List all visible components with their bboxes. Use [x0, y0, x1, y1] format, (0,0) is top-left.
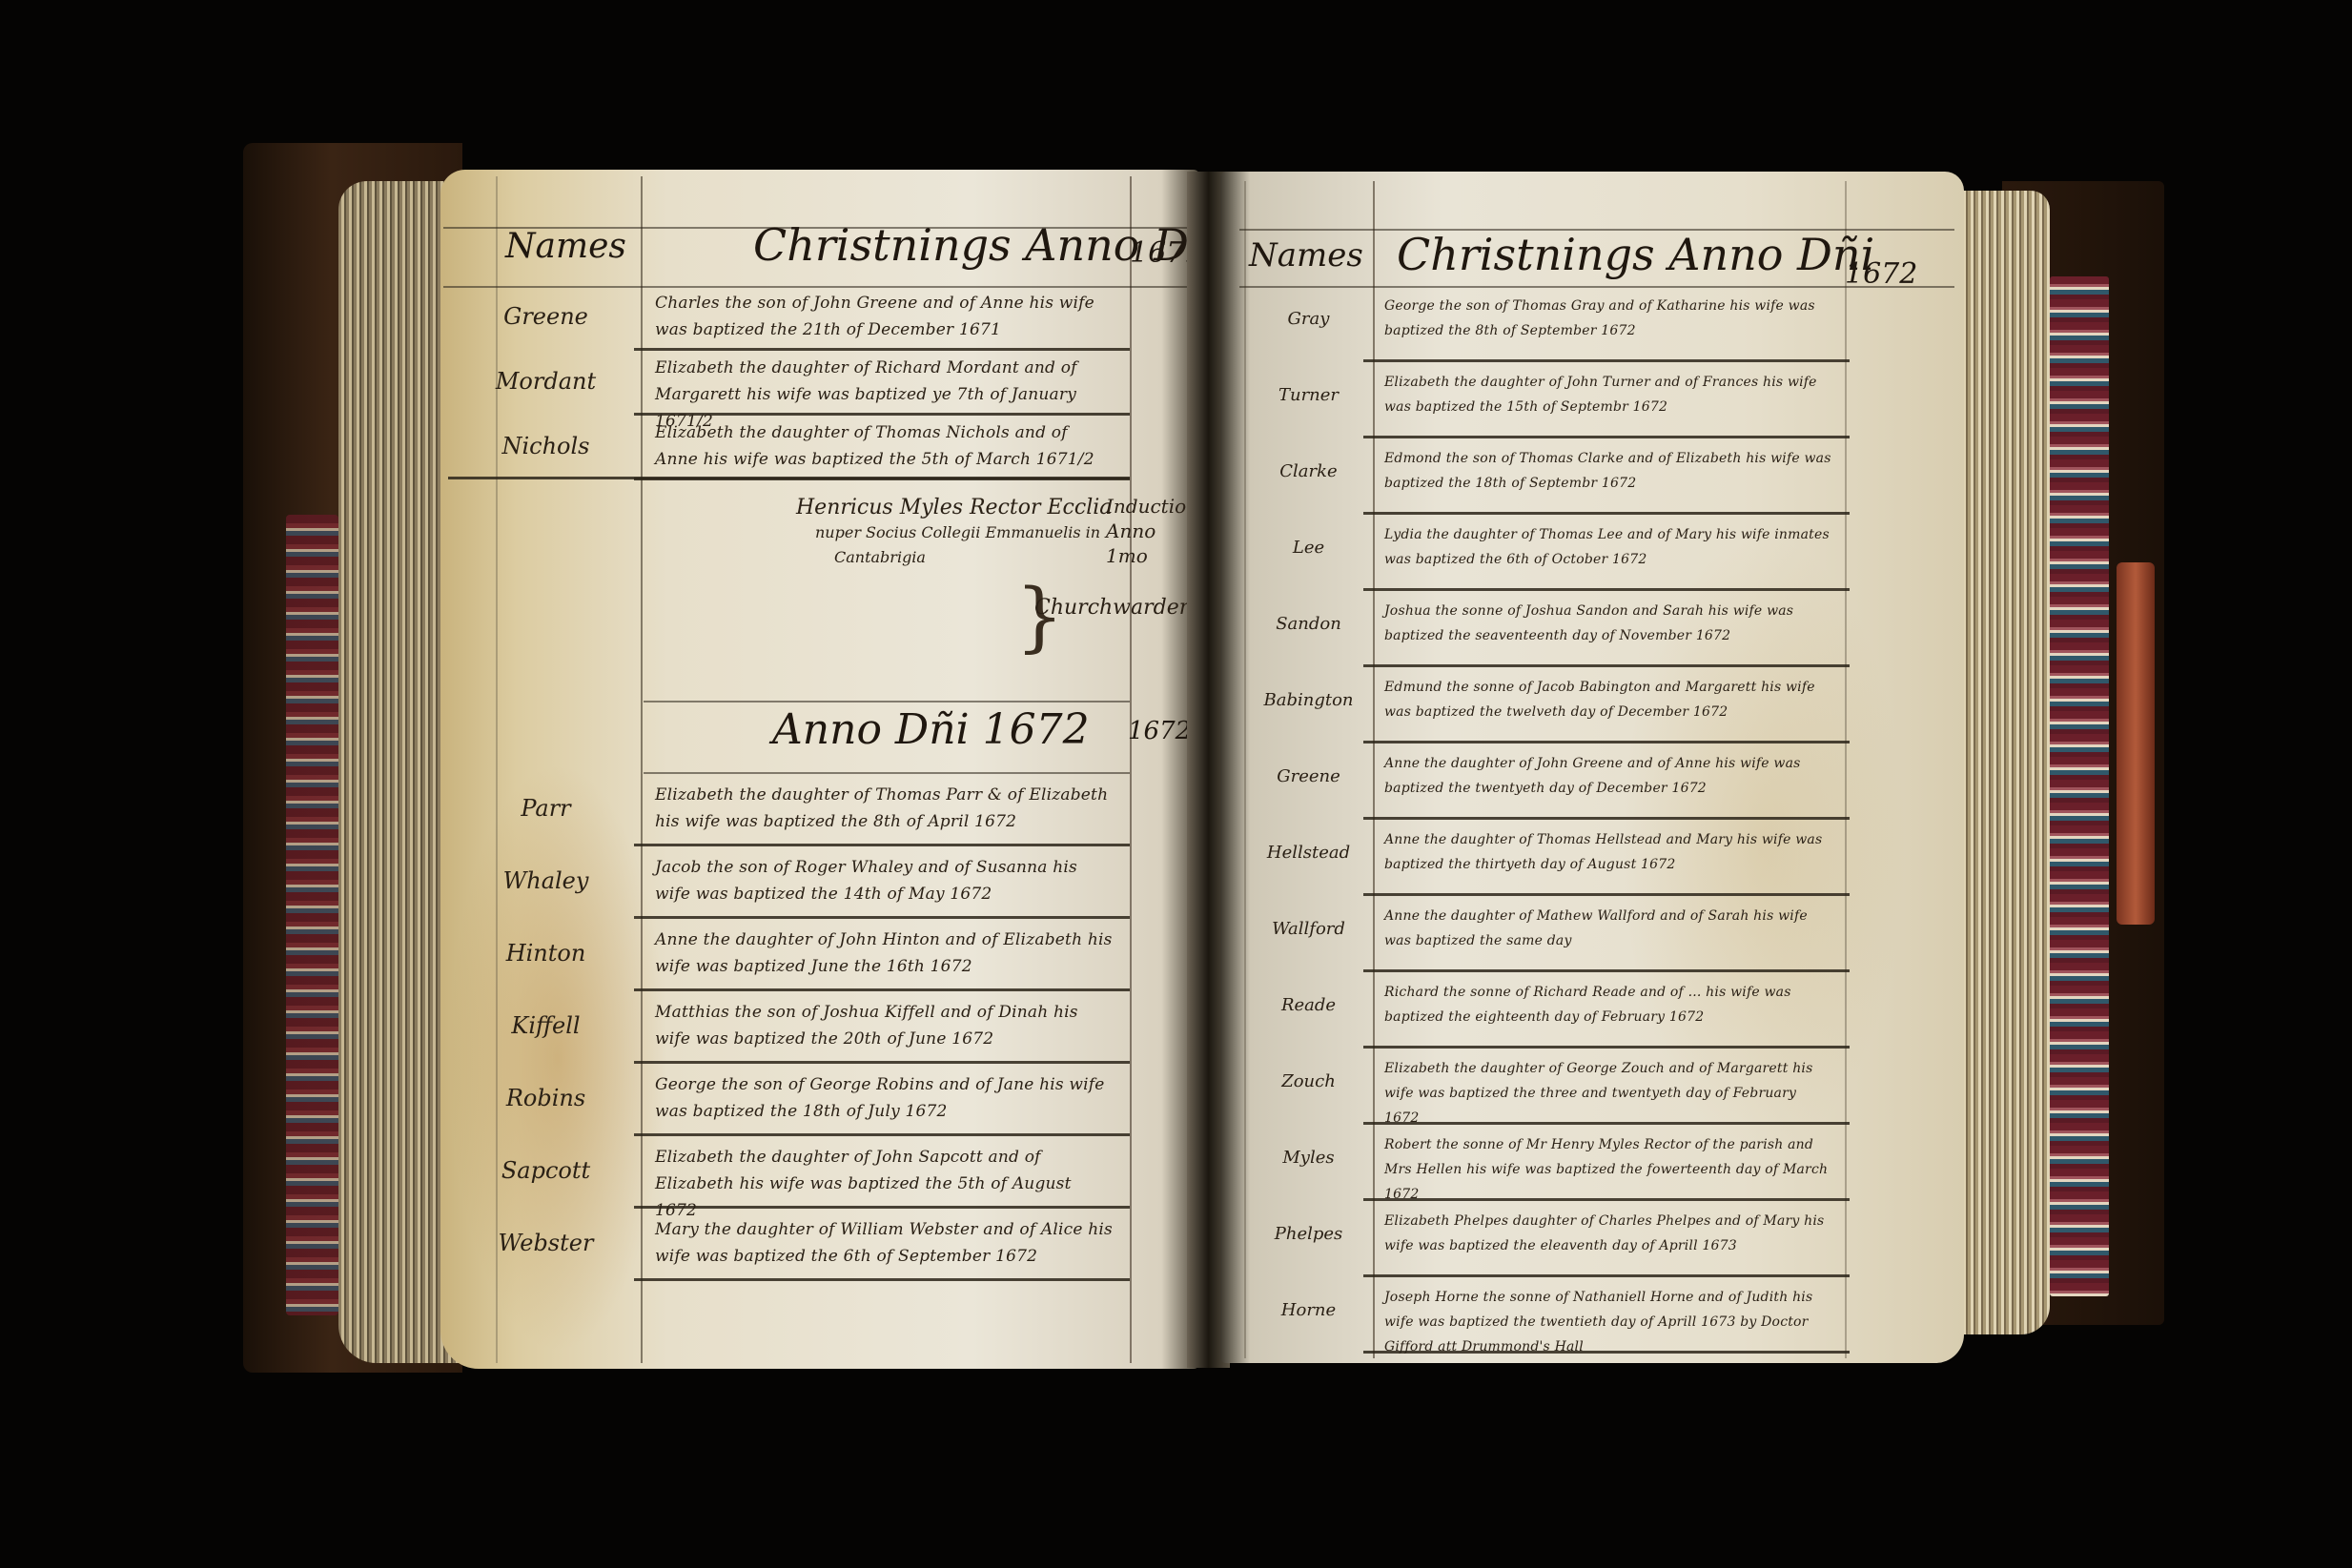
- entry-text: Robert the sonne of Mr Henry Myles Recto…: [1384, 1132, 1832, 1207]
- section-title-1672: Anno Dñi 1672: [772, 705, 1090, 754]
- entry-surname: Sandon: [1244, 614, 1373, 634]
- register-entry: LeeLydia the daughter of Thomas Lee and …: [1244, 515, 1850, 591]
- entry-text: Elizabeth Phelpes daughter of Charles Ph…: [1384, 1209, 1832, 1258]
- entry-surname: Webster: [448, 1230, 644, 1256]
- entry-text: Matthias the son of Joshua Kiffell and o…: [655, 999, 1113, 1052]
- entry-text: Jacob the son of Roger Whaley and of Sus…: [655, 854, 1113, 907]
- register-entry: GreeneAnne the daughter of John Greene a…: [1244, 743, 1850, 820]
- churchwardens-label: Churchwardens: [1034, 596, 1203, 620]
- entry-text: Richard the sonne of Richard Reade and o…: [1384, 980, 1832, 1029]
- entry-text: Elizabeth the daughter of Thomas Parr & …: [655, 782, 1113, 835]
- entry-surname: Lee: [1244, 538, 1373, 558]
- register-entry: HellsteadAnne the daughter of Thomas Hel…: [1244, 820, 1850, 896]
- register-entry: MordantElizabeth the daughter of Richard…: [448, 351, 1130, 416]
- register-entry: NicholsElizabeth the daughter of Thomas …: [448, 416, 1130, 480]
- entry-text: Anne the daughter of Thomas Hellstead an…: [1384, 827, 1832, 877]
- register-entry: HorneJoseph Horne the sonne of Nathaniel…: [1244, 1277, 1850, 1354]
- register-entry: GreeneCharles the son of John Greene and…: [448, 286, 1130, 351]
- entry-text: Lydia the daughter of Thomas Lee and of …: [1384, 522, 1832, 572]
- entry-surname: Greene: [1244, 766, 1373, 786]
- entry-text: George the son of Thomas Gray and of Kat…: [1384, 294, 1832, 343]
- entry-text: Edmond the son of Thomas Clarke and of E…: [1384, 446, 1832, 496]
- register-entry: TurnerElizabeth the daughter of John Tur…: [1244, 362, 1850, 438]
- entry-surname: Reade: [1244, 995, 1373, 1015]
- entry-surname: Hinton: [448, 940, 644, 967]
- marbled-endpaper-left: [286, 515, 338, 1315]
- entry-text: Anne the daughter of John Greene and of …: [1384, 751, 1832, 801]
- entry-text: Anne the daughter of John Hinton and of …: [655, 927, 1113, 980]
- entry-surname: Sapcott: [448, 1157, 644, 1184]
- register-entry: BabingtonEdmund the sonne of Jacob Babin…: [1244, 667, 1850, 743]
- induction-line-2: nuper Socius Collegii Emmanuelis in: [796, 520, 1130, 545]
- register-entry: RobinsGeorge the son of George Robins an…: [448, 1064, 1130, 1136]
- register-entry: WallfordAnne the daughter of Mathew Wall…: [1244, 896, 1850, 972]
- entry-surname: Robins: [448, 1085, 644, 1111]
- induction-line-1: Henricus Myles Rector Ecclia: [796, 496, 1130, 520]
- register-entry: SandonJoshua the sonne of Joshua Sandon …: [1244, 591, 1850, 667]
- names-header-left: Names: [505, 227, 626, 266]
- entry-text: Elizabeth the daughter of Thomas Nichols…: [655, 419, 1113, 473]
- entry-surname: Myles: [1244, 1148, 1373, 1168]
- register-entry: GrayGeorge the son of Thomas Gray and of…: [1244, 286, 1850, 362]
- entry-text: Edmund the sonne of Jacob Babington and …: [1384, 675, 1832, 724]
- entry-text: Elizabeth the daughter of George Zouch a…: [1384, 1056, 1832, 1130]
- register-entry: HintonAnne the daughter of John Hinton a…: [448, 919, 1130, 991]
- row-rule: [448, 477, 1130, 479]
- register-entry: SapcottElizabeth the daughter of John Sa…: [448, 1136, 1130, 1209]
- row-rule: [1363, 1351, 1850, 1354]
- column-rule: [1130, 176, 1132, 1363]
- section-margin-year: 1672: [1128, 717, 1191, 745]
- entry-surname: Phelpes: [1244, 1224, 1373, 1244]
- entry-surname: Zouch: [1244, 1071, 1373, 1091]
- entry-text: Joseph Horne the sonne of Nathaniell Hor…: [1384, 1285, 1832, 1359]
- entry-text: Joshua the sonne of Joshua Sandon and Sa…: [1384, 599, 1832, 648]
- entry-surname: Greene: [448, 303, 644, 330]
- register-entry: KiffellMatthias the son of Joshua Kiffel…: [448, 991, 1130, 1064]
- entry-surname: Whaley: [448, 867, 644, 894]
- names-header-right: Names: [1249, 236, 1363, 275]
- entry-text: Elizabeth the daughter of John Turner an…: [1384, 370, 1832, 419]
- register-entry: ZouchElizabeth the daughter of George Zo…: [1244, 1049, 1850, 1125]
- row-rule: [644, 701, 1130, 703]
- entry-text: Charles the son of John Greene and of An…: [655, 290, 1113, 343]
- row-rule: [634, 1278, 1130, 1281]
- register-entry: WhaleyJacob the son of Roger Whaley and …: [448, 846, 1130, 919]
- entry-surname: Horne: [1244, 1300, 1373, 1320]
- register-entry: WebsterMary the daughter of William Webs…: [448, 1209, 1130, 1281]
- marbled-endpaper-right: [2050, 276, 2109, 1296]
- induction-note: Henricus Myles Rector Ecclia nuper Sociu…: [796, 496, 1130, 570]
- entry-text: George the son of George Robins and of J…: [655, 1071, 1113, 1125]
- leather-clasp: [2117, 562, 2155, 925]
- entry-surname: Kiffell: [448, 1012, 644, 1039]
- entry-text: Anne the daughter of Mathew Wallford and…: [1384, 904, 1832, 953]
- page-title-right: Christnings Anno Dñi: [1397, 229, 1874, 280]
- entry-surname: Wallford: [1244, 919, 1373, 939]
- register-entry: MylesRobert the sonne of Mr Henry Myles …: [1244, 1125, 1850, 1201]
- induction-line-3: Cantabrigia: [796, 545, 1130, 570]
- entry-surname: Nichols: [448, 433, 644, 459]
- register-entry: ReadeRichard the sonne of Richard Reade …: [1244, 972, 1850, 1049]
- entry-surname: Turner: [1244, 385, 1373, 405]
- entry-surname: Gray: [1244, 309, 1373, 329]
- register-entry: PhelpesElizabeth Phelpes daughter of Cha…: [1244, 1201, 1850, 1277]
- entry-surname: Mordant: [448, 368, 644, 395]
- entry-surname: Hellstead: [1244, 843, 1373, 863]
- register-entry: ClarkeEdmond the son of Thomas Clarke an…: [1244, 438, 1850, 515]
- entry-surname: Clarke: [1244, 461, 1373, 481]
- register-entry: ParrElizabeth the daughter of Thomas Par…: [448, 774, 1130, 846]
- entry-surname: Parr: [448, 795, 644, 822]
- entry-text: Mary the daughter of William Webster and…: [655, 1216, 1113, 1270]
- induction-margin: Inductio Anno 1mo: [1106, 494, 1187, 568]
- entry-surname: Babington: [1244, 690, 1373, 710]
